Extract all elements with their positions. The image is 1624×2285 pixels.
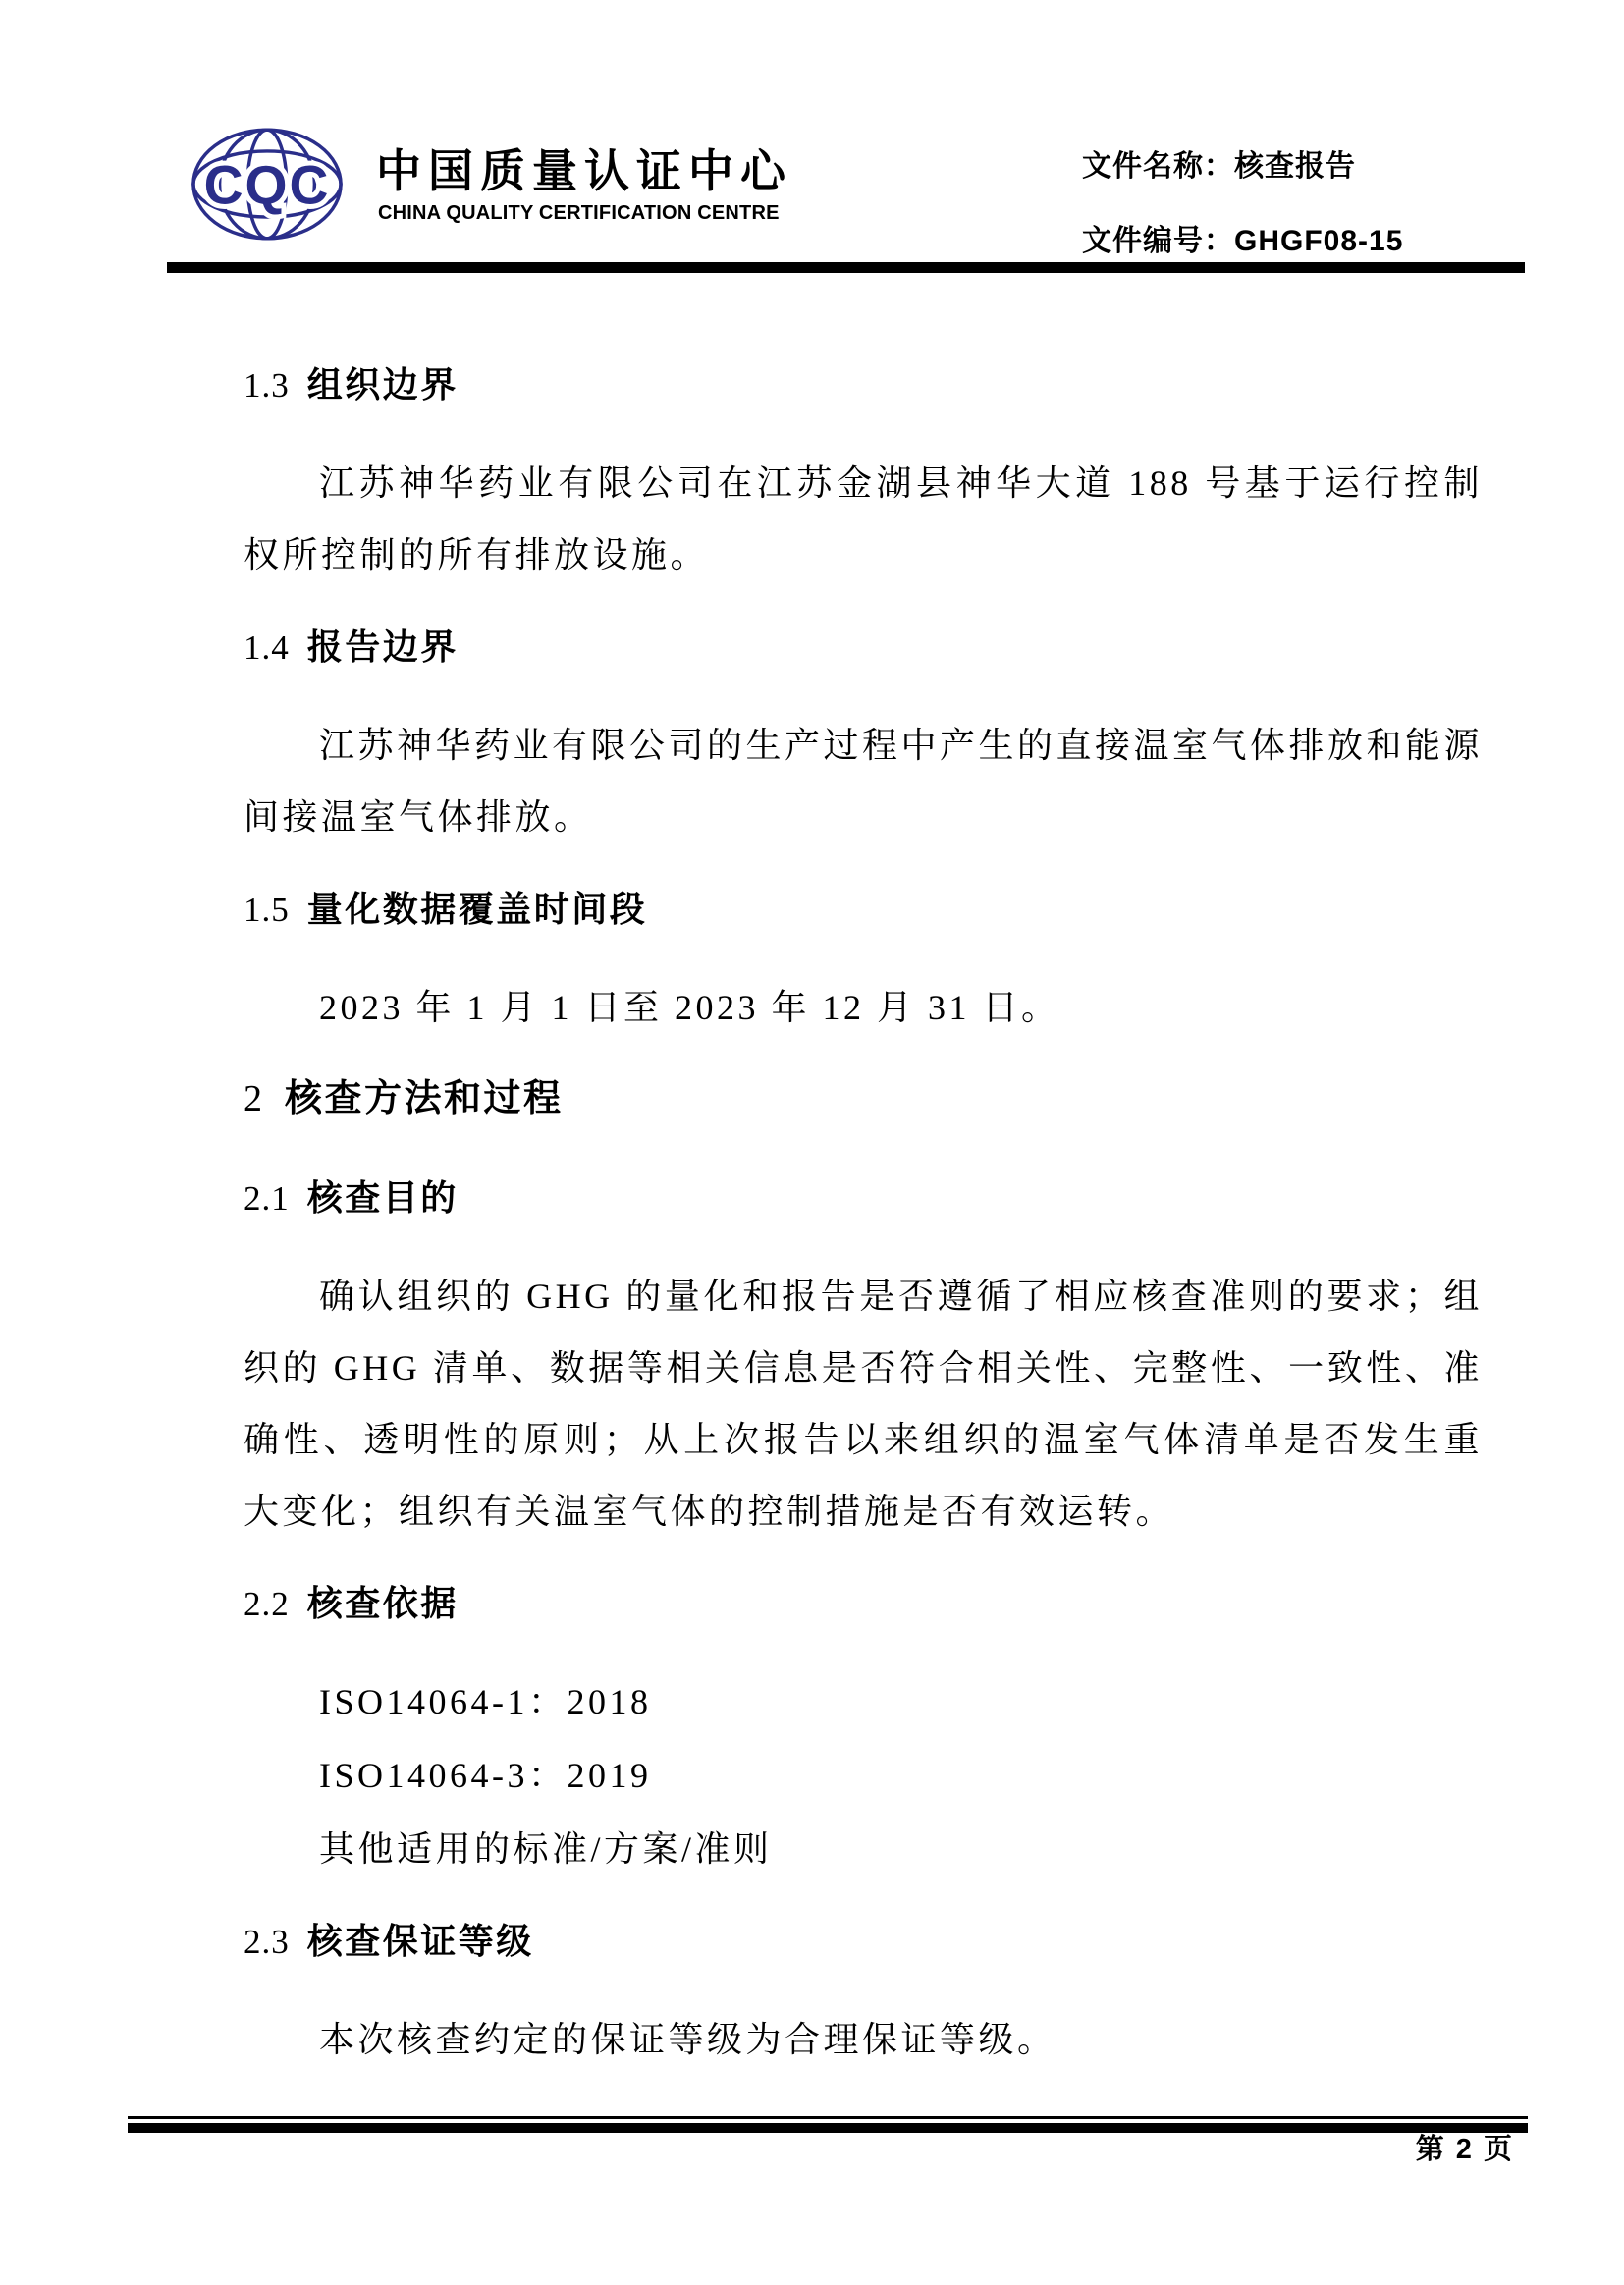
section-heading-1-4: 1.4报告边界 — [244, 611, 1483, 690]
document-name-label: 文件名称：核查报告 — [1082, 150, 1534, 184]
cqc-globe-logo-icon: CQC — [189, 126, 345, 243]
paragraph: 2023 年 1 月 1 日至 2023 年 12 月 31 日。 — [244, 972, 1483, 1044]
org-name-english: CHINA QUALITY CERTIFICATION CENTRE — [378, 201, 780, 225]
document-meta: 文件名称：核查报告 文件编号：GHGF08-15 — [1082, 150, 1534, 258]
section-title: 核查依据 — [307, 1583, 459, 1623]
document-number-label: 文件编号：GHGF08-15 — [1082, 225, 1534, 258]
list-item: 其他适用的标准/方案/准则 — [244, 1814, 1483, 1885]
section-heading-2-2: 2.2核查依据 — [244, 1567, 1483, 1647]
section-title: 核查保证等级 — [307, 1921, 534, 1961]
header-divider-rule — [167, 262, 1525, 273]
section-title: 量化数据覆盖时间段 — [307, 889, 648, 929]
list-item: ISO14064-1：2018 — [244, 1666, 1483, 1738]
list-item: ISO14064-3：2019 — [244, 1740, 1483, 1812]
section-number: 2 — [244, 1078, 263, 1119]
page-header: CQC 中国质量认证中心 CHINA QUALITY CERTIFICATION… — [0, 0, 1624, 275]
section-heading-2-3: 2.3核查保证等级 — [244, 1905, 1483, 1985]
section-number: 1.3 — [244, 366, 290, 405]
section-number: 1.4 — [244, 628, 290, 667]
paragraph: 江苏神华药业有限公司在江苏金湖县神华大道 188 号基于运行控制权所控制的所有排… — [244, 448, 1483, 591]
document-page: CQC 中国质量认证中心 CHINA QUALITY CERTIFICATION… — [0, 0, 1624, 2285]
footer-divider-thin-rule — [128, 2116, 1528, 2119]
footer-divider-thick-rule — [128, 2123, 1528, 2133]
section-title: 核查方法和过程 — [285, 1078, 564, 1119]
section-title: 组织边界 — [307, 364, 459, 405]
page-number-label: 第 2 页 — [1416, 2133, 1514, 2166]
org-name-chinese: 中国质量认证中心 — [376, 145, 792, 196]
section-heading-2: 2核查方法和过程 — [244, 1063, 1483, 1142]
section-heading-2-1: 2.1核查目的 — [244, 1162, 1483, 1241]
section-number: 2.2 — [244, 1585, 290, 1623]
section-heading-1-5: 1.5量化数据覆盖时间段 — [244, 873, 1483, 952]
paragraph: 本次核查约定的保证等级为合理保证等级。 — [244, 2004, 1483, 2076]
section-number: 1.5 — [244, 891, 290, 929]
section-title: 报告边界 — [307, 626, 459, 667]
section-title: 核查目的 — [307, 1177, 459, 1218]
paragraph: 确认组织的 GHG 的量化和报告是否遵循了相应核查准则的要求；组织的 GHG 清… — [244, 1261, 1483, 1548]
section-number: 2.1 — [244, 1179, 290, 1218]
document-body: 1.3组织边界 江苏神华药业有限公司在江苏金湖县神华大道 188 号基于运行控制… — [244, 349, 1483, 2076]
logo-cqc-text: CQC — [204, 154, 331, 215]
paragraph: 江苏神华药业有限公司的生产过程中产生的直接温室气体排放和能源间接温室气体排放。 — [244, 710, 1483, 853]
section-heading-1-3: 1.3组织边界 — [244, 349, 1483, 428]
section-number: 2.3 — [244, 1923, 290, 1961]
